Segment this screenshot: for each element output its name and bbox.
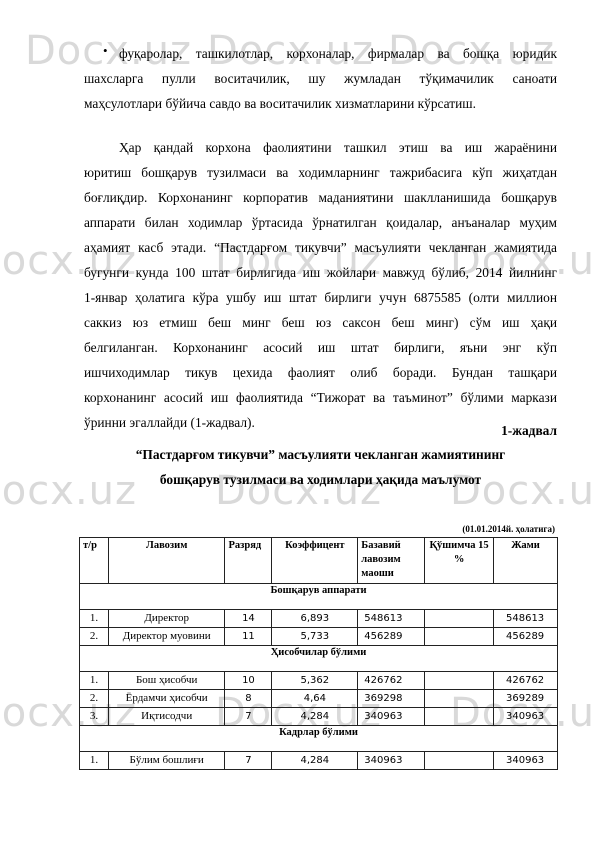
grade-cell: 8 <box>225 690 272 708</box>
paragraph-line: 1-январ ҳолатига кўра ушбу иш штат бирли… <box>84 285 557 310</box>
coefficient-cell: 4,284 <box>272 708 358 726</box>
total-cell: 340963 <box>494 752 558 770</box>
total-cell: 340963 <box>494 708 558 726</box>
section-title: Кадрлар бўлими <box>80 726 558 752</box>
position-cell: Директор <box>108 610 225 628</box>
paragraph-line: юритиш бошқарув тузилмаси ва ходимларнин… <box>84 160 557 185</box>
paragraph-line: аҳамият касб этади. “Пастдарғом тикувчи”… <box>84 235 557 260</box>
position-cell: Бош ҳисобчи <box>108 672 225 690</box>
total-cell: 548613 <box>494 610 558 628</box>
table-header-row: т/р Лавозим Разряд Коэффицент Базавий ла… <box>80 538 558 584</box>
row-number: 1. <box>80 672 109 690</box>
table-date: (01.01.2014й. ҳолатига) <box>462 524 555 534</box>
column-header: Коэффицент <box>272 538 358 584</box>
coefficient-cell: 4,284 <box>272 752 358 770</box>
table-section-row: Ҳисобчилар бўлими <box>80 646 558 672</box>
table-row: 1.Директор146,893548613548613 <box>80 610 558 628</box>
base-salary-cell: 426762 <box>358 672 425 690</box>
table-caption: 1-жадвал <box>501 423 557 439</box>
grade-cell: 14 <box>225 610 272 628</box>
bonus-cell <box>425 708 494 726</box>
table-section-row: Бошқарув аппарати <box>80 584 558 610</box>
paragraph-line: корхонанинг асосий иш фаолиятида “Тижора… <box>84 385 557 410</box>
base-salary-cell: 369298 <box>358 690 425 708</box>
row-number: 1. <box>80 610 109 628</box>
table-row: 1.Бош ҳисобчи105,362426762426762 <box>80 672 558 690</box>
column-header: Қўшимча 15 % <box>425 538 494 584</box>
table-row: 3.Иқтисодчи74,284340963340963 <box>80 708 558 726</box>
row-number: 2. <box>80 628 109 646</box>
grade-cell: 7 <box>225 708 272 726</box>
coefficient-cell: 4,64 <box>272 690 358 708</box>
paragraph-line: боғлиқдир. Корхонанинг корпоратив мадани… <box>84 185 557 210</box>
position-cell: Иқтисодчи <box>108 708 225 726</box>
document-page: • фуқаролар, ташкилотлар, корхоналар, фи… <box>0 0 595 842</box>
base-salary-cell: 456289 <box>358 628 425 646</box>
bonus-cell <box>425 672 494 690</box>
total-cell: 369289 <box>494 690 558 708</box>
base-salary-cell: 340963 <box>358 752 425 770</box>
coefficient-cell: 5,733 <box>272 628 358 646</box>
column-header: Базавий лавозим маоши <box>358 538 425 584</box>
paragraph-line: ишчиходимлар тикув цехида фаолият олиб б… <box>84 360 557 385</box>
table-row: 1.Бўлим бошлиғи74,284340963340963 <box>80 752 558 770</box>
paragraph-line: саккиз юз етмиш беш минг беш юз саксон б… <box>84 310 557 335</box>
bonus-cell <box>425 752 494 770</box>
grade-cell: 7 <box>225 752 272 770</box>
bonus-cell <box>425 610 494 628</box>
bullet-line: маҳсулотлари бўйича савдо ва воситачилик… <box>84 91 557 116</box>
paragraph-line: бугунги кунда 100 штат бирлигида иш жойл… <box>84 260 557 285</box>
bonus-cell <box>425 628 494 646</box>
paragraph-line: Ҳар қандай корхона фаолиятини ташкил эти… <box>119 135 557 160</box>
bullet-line: фуқаролар, ташкилотлар, корхоналар, фирм… <box>119 41 557 66</box>
position-cell: Ёрдамчи ҳисобчи <box>108 690 225 708</box>
grade-cell: 10 <box>225 672 272 690</box>
bullet-icon: • <box>103 43 108 59</box>
bonus-cell <box>425 690 494 708</box>
table-row: 2.Директор муовини115,733456289456289 <box>80 628 558 646</box>
row-number: 3. <box>80 708 109 726</box>
table-title: “Пастдарғом тикувчи” масъулияти чекланга… <box>84 447 557 463</box>
column-header: т/р <box>80 538 109 584</box>
row-number: 1. <box>80 752 109 770</box>
column-header: Жами <box>494 538 558 584</box>
staff-table: т/р Лавозим Разряд Коэффицент Базавий ла… <box>79 537 558 770</box>
total-cell: 456289 <box>494 628 558 646</box>
coefficient-cell: 6,893 <box>272 610 358 628</box>
paragraph-line: белгиланган. Корхонанинг асосий иш штат … <box>84 335 557 360</box>
base-salary-cell: 340963 <box>358 708 425 726</box>
column-header: Лавозим <box>108 538 225 584</box>
row-number: 2. <box>80 690 109 708</box>
table-row: 2.Ёрдамчи ҳисобчи84,64369298369289 <box>80 690 558 708</box>
table-section-row: Кадрлар бўлими <box>80 726 558 752</box>
section-title: Бошқарув аппарати <box>80 584 558 610</box>
position-cell: Директор муовини <box>108 628 225 646</box>
grade-cell: 11 <box>225 628 272 646</box>
bullet-line: шахсларга пулли воситачилик, шу жумладан… <box>84 66 557 91</box>
total-cell: 426762 <box>494 672 558 690</box>
paragraph-line: аппарати билан ходимлар ўртасида ўрнатил… <box>84 210 557 235</box>
table-title: бошқарув тузилмаси ва ходимлари ҳақида м… <box>84 472 557 488</box>
paragraph-line: ўринни эгаллайди (1-жадвал). <box>84 410 557 435</box>
position-cell: Бўлим бошлиғи <box>108 752 225 770</box>
coefficient-cell: 5,362 <box>272 672 358 690</box>
section-title: Ҳисобчилар бўлими <box>80 646 558 672</box>
column-header: Разряд <box>225 538 272 584</box>
base-salary-cell: 548613 <box>358 610 425 628</box>
